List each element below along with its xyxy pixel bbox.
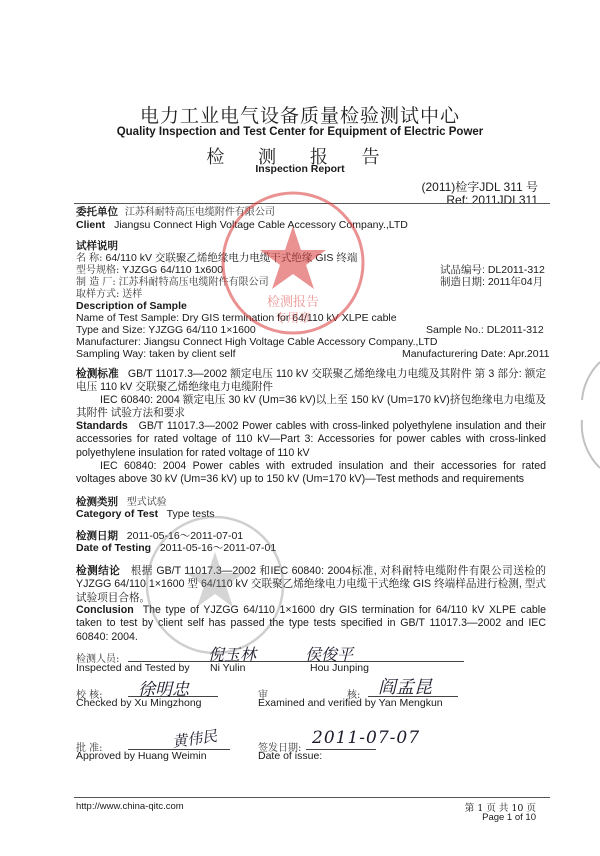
issue-date-label-en: Date of issue: (258, 750, 322, 763)
org-title-en: Quality Inspection and Test Center for E… (0, 126, 600, 138)
standards-text-en-2: IEC 60840: 2004 Power cables with extrud… (76, 460, 546, 485)
standards-label-cn: 检测标准 (76, 368, 119, 380)
svg-text:检测报告: 检测报告 (267, 294, 319, 310)
examined-label-en: Examined and verified by Yan Mengkun (258, 697, 443, 710)
approved-signature: 黄伟民 (171, 725, 219, 752)
standards-cn-2: IEC 60840: 2004 额定电压 30 kV (Um=36 kV)以上至… (76, 394, 546, 421)
inspection-report-page: 电力工业电气设备质量检验测试中心 Quality Inspection and … (0, 0, 600, 856)
inspector1-name: Ni Yulin (210, 662, 245, 675)
sample-type-label-cn: 型号规格: (76, 265, 119, 276)
client-label-cn: 委托单位 (76, 206, 118, 218)
edge-seal-fragment (578, 360, 600, 470)
org-title-cn: 电力工业电气设备质量检验测试中心 (0, 101, 600, 128)
inspected-label-en: Inspected and Tested by (76, 662, 190, 675)
conclusion-label-cn: 检测结论 (76, 565, 120, 577)
inspector2-name: Hou Junping (310, 662, 369, 675)
footer-url: http://www.china-qitc.com (76, 801, 184, 812)
standards-en-1: Standards GB/T 11017.3—2002 Power cables… (76, 420, 546, 460)
sample-type-value-cn: YJZGG 64/110 1x600 (122, 264, 223, 276)
sample-maker-label-cn: 制 造 厂: (76, 277, 116, 288)
reference-number-en: Ref: 2011JDL311 (446, 193, 538, 207)
approved-label-en: Approved by Huang Weimin (76, 750, 207, 763)
standards-text-cn-1: GB/T 11017.3—2002 额定电压 110 kV 交联聚乙烯绝缘电力电… (76, 368, 546, 393)
category-value-cn: 型式试验 (127, 497, 167, 508)
sampling-way-en: Sampling Way: taken by client self (76, 348, 236, 361)
standards-text-en-1: GB/T 11017.3—2002 Power cables with cros… (76, 420, 546, 459)
svg-text:专用章: 专用章 (275, 310, 311, 325)
manufacture-date-en: Manufacturering Date: Apr.2011 (402, 348, 549, 361)
manufacture-date-cn: 制造日期: 2011年04月 (440, 276, 543, 289)
standards-label-en: Standards (76, 420, 128, 432)
page-number-en: Page 1 of 10 (482, 812, 536, 823)
report-title-en: Inspection Report (0, 163, 600, 175)
sample-name-label-cn: 名 称: (76, 253, 103, 264)
sample-way-label-cn: 取样方式: (76, 289, 119, 300)
official-seal-stamp: 检测报告 专用章 (218, 188, 368, 338)
issue-date-handwritten: 2011-07-07 (312, 728, 420, 748)
client-label-en: Client (76, 219, 105, 231)
testing-date-label-cn: 检测日期 (76, 530, 118, 542)
examined-signature: 阎孟昆 (378, 673, 432, 699)
standards-en-2: IEC 60840: 2004 Power cables with extrud… (76, 460, 546, 487)
checked-label-en: Checked by Xu Mingzhong (76, 697, 202, 710)
category-label-cn: 检测类别 (76, 496, 118, 508)
secondary-seal-stamp (140, 510, 290, 660)
standards-text-cn-2: IEC 60840: 2004 额定电压 30 kV (Um=36 kV)以上至… (76, 394, 546, 419)
sample-way-value-cn: 送样 (122, 289, 142, 300)
standards-cn-1: 检测标准 GB/T 11017.3—2002 额定电压 110 kV 交联聚乙烯… (76, 368, 546, 395)
footer-divider (74, 797, 550, 798)
sample-number-en: Sample No.: DL2011-312 (426, 324, 544, 337)
conclusion-label-en: Conclusion (76, 604, 134, 616)
